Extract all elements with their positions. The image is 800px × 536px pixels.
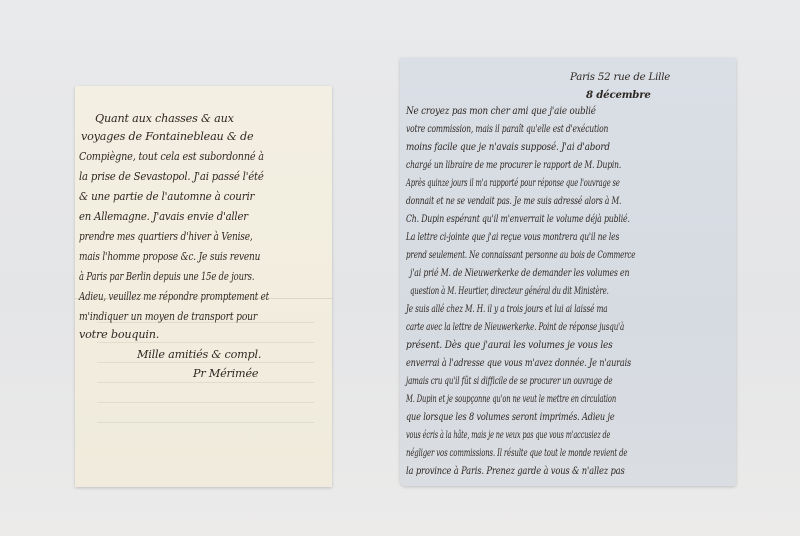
handwritten-line: m'indiquer un moyen de transport pour (79, 310, 257, 323)
handwritten-line: j'ai prié M. de Nieuwerkerke de demander… (410, 268, 629, 279)
letter-date: 8 décembre (586, 89, 651, 101)
bleed-through-line (97, 422, 314, 423)
handwritten-line: à Paris par Berlin depuis une 15e de jou… (79, 270, 254, 283)
handwritten-line: Je suis allé chez M. H. il y a trois jou… (406, 304, 607, 315)
handwritten-line: la province à Paris. Prenez garde à vous… (406, 466, 625, 477)
handwritten-line: Ch. Dupin espérant qu'il m'enverrait le … (406, 214, 630, 225)
handwritten-line: en Allemagne. J'avais envie d'aller (79, 210, 248, 223)
closing-line: Mille amitiés & compl. (137, 348, 261, 361)
handwritten-line: carte avec la lettre de Nieuwerkerke. Po… (406, 322, 624, 333)
letter-address: Paris 52 rue de Lille (570, 72, 670, 83)
bleed-through-line (97, 402, 314, 403)
handwritten-line: votre bouquin. (79, 328, 159, 341)
handwritten-line: voyages de Fontainebleau & de (81, 130, 253, 143)
handwritten-line: La lettre ci-jointe que j'ai reçue vous … (406, 232, 619, 243)
handwritten-line: Compiègne, tout cela est subordonné à (79, 150, 264, 163)
handwritten-line: chargé un libraire de me procurer le rap… (406, 160, 621, 171)
bleed-through-line (97, 382, 314, 383)
left-letter-page: Quant aux chasses & aux voyages de Fonta… (75, 86, 332, 487)
handwritten-line: négliger vos commissions. Il résulte que… (406, 448, 627, 459)
handwritten-line: que lorsque les 8 volumes seront imprimé… (406, 412, 614, 423)
handwritten-line: votre commission, mais il paraît qu'elle… (406, 124, 608, 135)
handwritten-line: & une partie de l'automne à courir (79, 190, 254, 203)
handwritten-line: Quant aux chasses & aux (95, 112, 234, 125)
handwritten-line: vous écris à la hâte, mais je ne veux pa… (406, 430, 610, 441)
bleed-through-line (97, 342, 314, 343)
handwritten-line: donnait et ne se vendait pas. Je me suis… (406, 196, 621, 207)
handwritten-line: M. Dupin et je soupçonne qu'on ne veut l… (406, 394, 616, 405)
signature: Pr Mérimée (193, 367, 258, 380)
handwritten-line: prend seulement. Ne connaissant personne… (406, 250, 635, 261)
handwritten-line: moins facile que je n'avais supposé. J'a… (406, 142, 610, 153)
handwritten-line: la prise de Sevastopol. J'ai passé l'été (79, 170, 264, 183)
handwritten-line: mais l'homme propose &c. Je suis revenu (79, 250, 260, 263)
handwritten-line: Ne croyez pas mon cher ami que j'aie oub… (406, 106, 596, 117)
handwritten-line: prendre mes quartiers d'hiver à Venise, (79, 230, 253, 243)
handwritten-line: Après quinze jours il m'a rapporté pour … (406, 178, 620, 189)
handwritten-line: Adieu, veuillez me répondre promptement … (79, 290, 269, 303)
bleed-through-line (97, 362, 314, 363)
handwritten-line: jamais cru qu'il fût si difficile de se … (406, 376, 612, 387)
handwritten-line: enverrai à l'adresse que vous m'avez don… (406, 358, 631, 369)
right-letter-page: Paris 52 rue de Lille 8 décembre Ne croy… (400, 58, 736, 486)
handwritten-line: présent. Dès que j'aurai les volumes je … (406, 340, 613, 351)
handwritten-line: question à M. Heurtier, directeur généra… (410, 286, 609, 297)
